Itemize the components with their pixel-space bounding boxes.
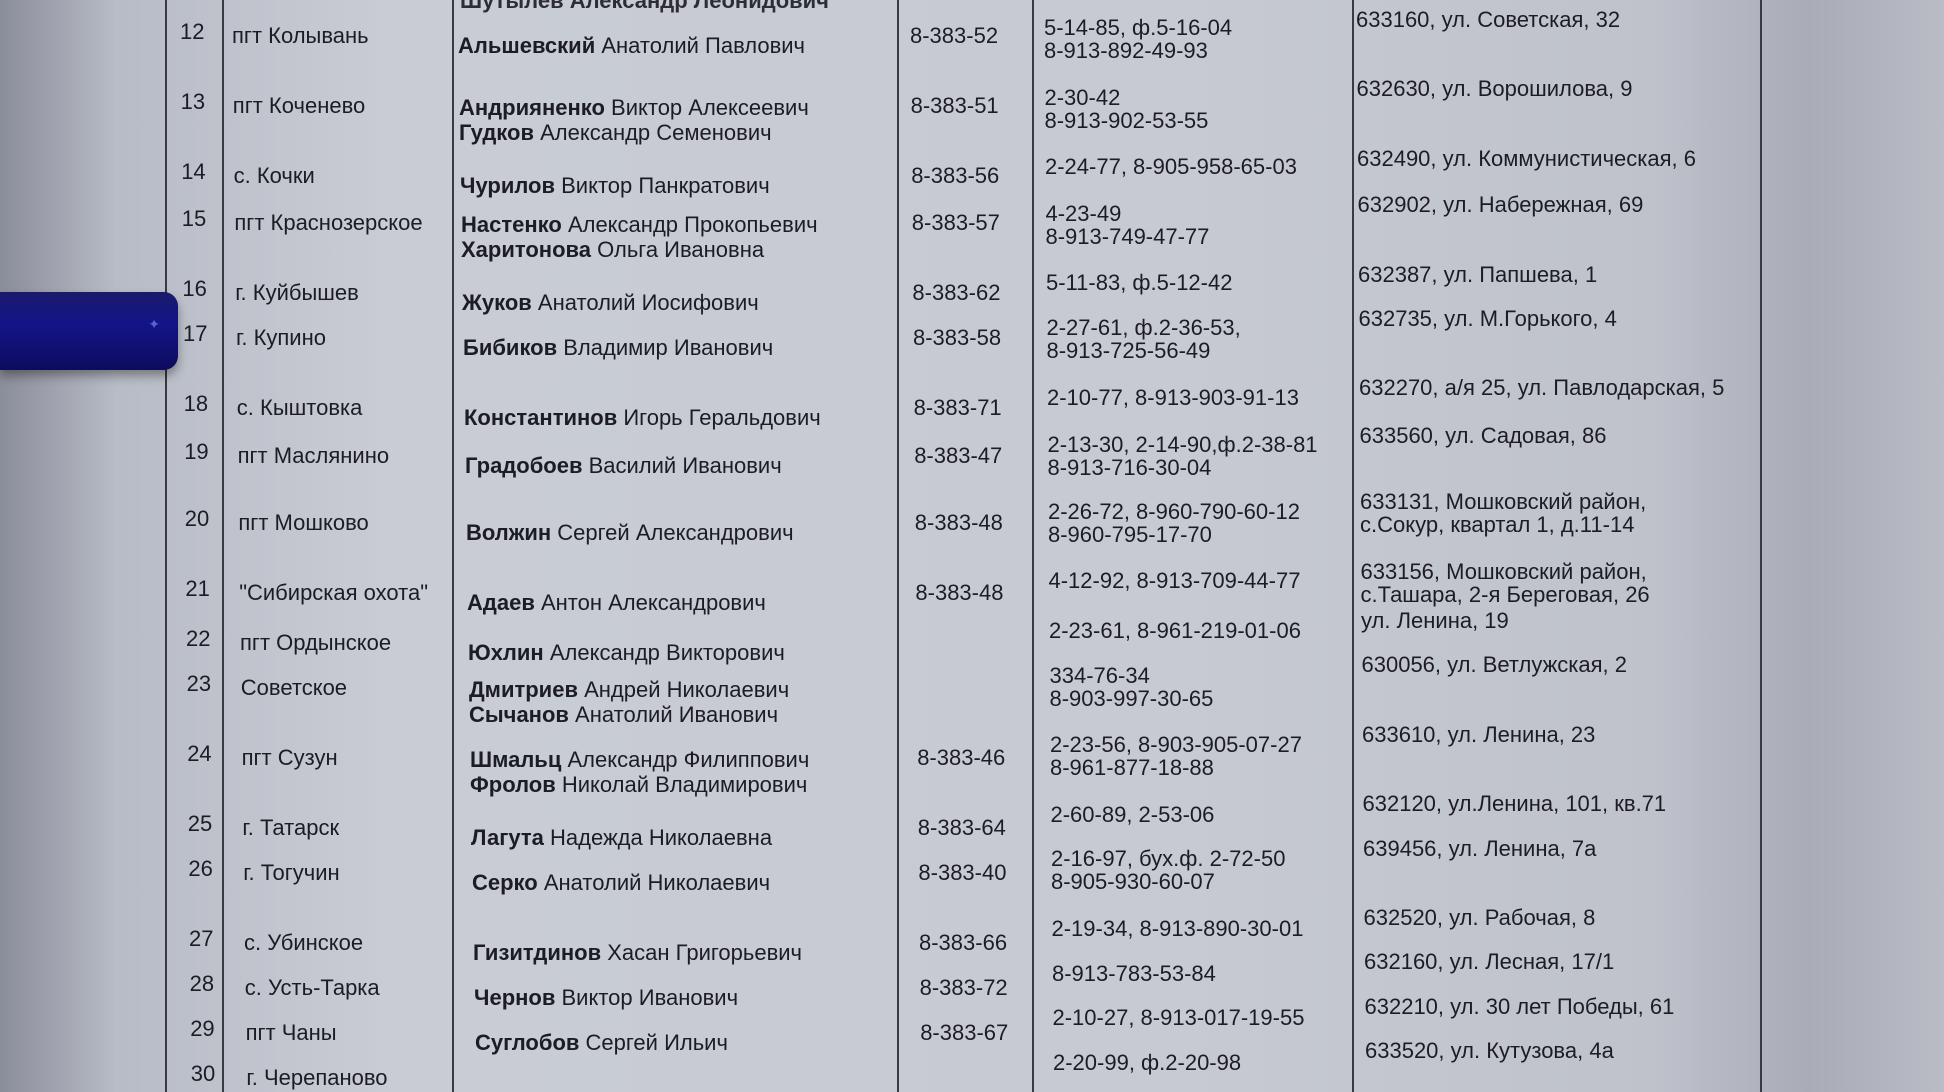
row-number: 28 [190, 972, 214, 996]
postal-address: 633160, ул. Советская, 32 [1356, 8, 1620, 32]
postal-address: 632160, ул. Лесная, 17/1 [1364, 950, 1614, 974]
printed-page: Шутылев Александр Леонидович 12пгт Колыв… [0, 0, 1944, 1092]
given-names: Виктор Иванович [555, 985, 738, 1010]
person-name: Градобоев Василий Иванович [465, 454, 782, 478]
person-name: Чернов Виктор Иванович [474, 986, 738, 1010]
town-name: пгт Ордынское [240, 631, 391, 655]
postal-address: 632520, ул. Рабочая, 8 [1364, 906, 1596, 930]
surname: Суглобов [475, 1030, 579, 1055]
person-name: Серко Анатолий Николаевич [472, 871, 770, 895]
blue-pen-object: ✦ [0, 292, 178, 370]
person-name: Бибиков Владимир Иванович [463, 336, 773, 360]
town-name: пгт Колывань [232, 24, 369, 48]
row-number: 27 [189, 927, 213, 951]
row-number: 18 [184, 392, 208, 416]
row-number: 24 [187, 742, 211, 766]
given-names: Виктор Алексеевич [605, 95, 809, 120]
person-name: Юхлин Александр Викторович [468, 641, 785, 665]
surname: Сычанов [469, 702, 569, 727]
person-name: Шмальц Александр Филиппович [470, 748, 809, 772]
phone-number: 8-913-902-53-55 [1045, 109, 1209, 133]
person-name: Харитонова Ольга Ивановна [461, 238, 764, 262]
area-code: 8-383-56 [911, 164, 999, 188]
postal-address: 633156, Мошковский район, [1361, 560, 1647, 584]
surname: Константинов [464, 405, 617, 430]
surname: Андрияненко [459, 95, 605, 120]
given-names: Анатолий Николаевич [538, 870, 770, 895]
given-names: Андрей Николаевич [578, 677, 789, 702]
person-name: Волжин Сергей Александрович [466, 521, 794, 545]
area-code: 8-383-64 [918, 816, 1006, 840]
town-name: с. Кочки [234, 164, 315, 188]
postal-address: с.Сокур, квартал 1, д.11-14 [1360, 513, 1634, 537]
given-names: Александр Прокопьевич [562, 212, 818, 237]
phone-number: 334-76-34 [1050, 664, 1150, 688]
row-number: 30 [191, 1062, 215, 1086]
row-number: 16 [182, 277, 206, 301]
person-name: Настенко Александр Прокопьевич [461, 213, 818, 237]
row-number: 22 [186, 627, 210, 651]
phone-number: 2-27-61, ф.2-36-53, [1047, 316, 1241, 340]
column-divider [897, 0, 899, 1092]
given-names: Александр Семенович [534, 120, 772, 145]
town-name: пгт Маслянино [238, 444, 390, 468]
surname: Лагута [471, 825, 544, 850]
phone-number: 8-913-716-30-04 [1048, 456, 1212, 480]
given-names: Игорь Геральдович [617, 405, 820, 430]
row-number: 29 [190, 1017, 214, 1041]
surname: Настенко [461, 212, 562, 237]
town-name: г. Тогучин [243, 861, 339, 885]
given-names: Анатолий Иосифович [532, 290, 759, 315]
phone-number: 8-913-783-53-84 [1052, 962, 1216, 986]
phone-number: 8-905-930-60-07 [1051, 870, 1215, 894]
given-names: Виктор Панкратович [555, 173, 770, 198]
area-code: 8-383-48 [915, 581, 1003, 605]
given-names: Анатолий Павлович [595, 33, 805, 58]
phone-number: 8-960-795-17-70 [1048, 523, 1212, 547]
table-border-left [165, 0, 167, 1092]
phone-number: 5-11-83, ф.5-12-42 [1046, 271, 1232, 295]
given-names: Владимир Иванович [557, 335, 773, 360]
person-name: Константинов Игорь Геральдович [464, 406, 821, 430]
phone-number: 2-24-77, 8-905-958-65-03 [1045, 155, 1297, 179]
area-code: 8-383-58 [913, 326, 1001, 350]
town-name: с. Убинское [244, 931, 363, 955]
person-name: Суглобов Сергей Ильич [475, 1031, 728, 1055]
surname: Бибиков [463, 335, 557, 360]
phone-number: 8-961-877-18-88 [1050, 756, 1214, 780]
surname: Юхлин [468, 640, 544, 665]
area-code: 8-383-67 [920, 1021, 1008, 1045]
postal-address: 632387, ул. Папшева, 1 [1358, 263, 1597, 287]
phone-number: 2-20-99, ф.2-20-98 [1053, 1051, 1241, 1075]
person-name: Адаев Антон Александрович [467, 591, 766, 615]
surname: Адаев [467, 590, 535, 615]
area-code: 8-383-66 [919, 931, 1007, 955]
row-number: 25 [188, 812, 212, 836]
area-code: 8-383-52 [910, 24, 998, 48]
surname: Фролов [470, 772, 556, 797]
area-code: 8-383-48 [915, 511, 1003, 535]
given-names: Ольга Ивановна [591, 237, 764, 262]
phone-number: 2-10-27, 8-913-017-19-55 [1053, 1006, 1305, 1030]
town-name: г. Купино [236, 326, 326, 350]
phone-number: 2-23-56, 8-903-905-07-27 [1050, 733, 1302, 757]
phone-number: 4-23-49 [1046, 202, 1122, 226]
column-divider [452, 0, 454, 1092]
person-name: Альшевский Анатолий Павлович [458, 34, 805, 58]
row-number: 20 [185, 507, 209, 531]
postal-address: 633610, ул. Ленина, 23 [1362, 723, 1595, 747]
surname: Гизитдинов [473, 940, 601, 965]
postal-address: 632902, ул. Набережная, 69 [1358, 193, 1644, 217]
row-number: 15 [182, 207, 206, 231]
column-divider [1032, 0, 1034, 1092]
phone-number: 2-60-89, 2-53-06 [1051, 803, 1215, 827]
surname: Волжин [466, 520, 551, 545]
town-name: г. Татарск [242, 816, 339, 840]
town-name: "Сибирская охота" [239, 581, 428, 605]
postal-address: 633520, ул. Кутузова, 4а [1365, 1039, 1614, 1063]
row-number: 17 [183, 322, 207, 346]
given-names: Александр Викторович [544, 640, 785, 665]
area-code: 8-383-47 [914, 444, 1002, 468]
surname: Дмитриев [469, 677, 578, 702]
area-code: 8-383-40 [918, 861, 1006, 885]
postal-address: 632630, ул. Ворошилова, 9 [1357, 77, 1633, 101]
surname: Градобоев [465, 453, 583, 478]
postal-address: 639456, ул. Ленина, 7а [1363, 837, 1596, 861]
town-name: с. Кыштовка [237, 396, 363, 420]
phone-number: 8-903-997-30-65 [1050, 687, 1214, 711]
phone-number: 8-913-725-56-49 [1047, 339, 1211, 363]
phone-number: 2-30-42 [1045, 86, 1121, 110]
given-names: Николай Владимирович [556, 772, 808, 797]
postal-address: 632490, ул. Коммунистическая, 6 [1357, 147, 1696, 171]
postal-address: 630056, ул. Ветлужская, 2 [1362, 653, 1628, 677]
phone-number: 2-16-97, бух.ф. 2-72-50 [1051, 847, 1285, 871]
given-names: Анатолий Иванович [569, 702, 778, 727]
person-name: Гизитдинов Хасан Григорьевич [473, 941, 802, 965]
surname: Чурилов [460, 173, 555, 198]
town-name: г. Черепаново [246, 1066, 387, 1090]
phone-number: 8-913-749-47-77 [1046, 225, 1210, 249]
given-names: Александр Филиппович [561, 747, 809, 772]
row-number: 23 [187, 672, 211, 696]
surname: Чернов [474, 985, 555, 1010]
row-number: 13 [181, 90, 205, 114]
town-name: пгт Коченево [233, 94, 365, 118]
postal-address: 632270, а/я 25, ул. Павлодарская, 5 [1359, 376, 1724, 400]
surname: Серко [472, 870, 538, 895]
row-number: 14 [181, 160, 205, 184]
person-name: Жуков Анатолий Иосифович [462, 291, 759, 315]
person-name: Чурилов Виктор Панкратович [460, 174, 770, 198]
surname: Гудков [459, 120, 534, 145]
person-name: Лагута Надежда Николаевна [471, 826, 772, 850]
area-code: 8-383-71 [914, 396, 1002, 420]
column-divider [222, 0, 224, 1092]
given-names: Хасан Григорьевич [601, 940, 802, 965]
table-border-right [1760, 0, 1762, 1092]
partial-top-name: Шутылев Александр Леонидович [460, 0, 829, 14]
surname: Жуков [462, 290, 532, 315]
surname: Шмальц [470, 747, 561, 772]
person-name: Андрияненко Виктор Алексеевич [459, 96, 809, 120]
phone-number: 5-14-85, ф.5-16-04 [1044, 16, 1232, 40]
column-divider [1352, 0, 1354, 1092]
postal-address: с.Ташара, 2-я Береговая, 26 [1361, 583, 1650, 607]
given-names: Сергей Ильич [579, 1030, 728, 1055]
phone-number: 8-913-892-49-93 [1044, 39, 1208, 63]
row-number: 21 [185, 577, 209, 601]
town-name: Советское [241, 676, 347, 700]
given-names: Надежда Николаевна [544, 825, 772, 850]
person-name: Фролов Николай Владимирович [470, 773, 807, 797]
phone-number: 2-26-72, 8-960-790-60-12 [1048, 500, 1300, 524]
given-names: Сергей Александрович [551, 520, 793, 545]
given-names: Василий Иванович [583, 453, 782, 478]
pen-logo-icon: ✦ [148, 316, 160, 333]
phone-number: 2-13-30, 2-14-90,ф.2-38-81 [1048, 433, 1318, 457]
postal-address: 632120, ул.Ленина, 101, кв.71 [1363, 792, 1667, 816]
area-code: 8-383-46 [917, 746, 1005, 770]
phone-number: 4-12-92, 8-913-709-44-77 [1049, 569, 1301, 593]
postal-address: 633131, Мошковский район, [1360, 490, 1646, 514]
given-names: Антон Александрович [535, 590, 766, 615]
area-code: 8-383-72 [920, 976, 1008, 1000]
town-name: пгт Мошково [238, 511, 368, 535]
surname: Альшевский [458, 33, 595, 58]
person-name: Сычанов Анатолий Иванович [469, 703, 778, 727]
row-number: 26 [188, 857, 212, 881]
town-name: г. Куйбышев [235, 281, 359, 305]
area-code: 8-383-57 [912, 211, 1000, 235]
person-name: Дмитриев Андрей Николаевич [469, 678, 789, 702]
area-code: 8-383-51 [911, 94, 999, 118]
town-name: пгт Сузун [242, 746, 338, 770]
area-code: 8-383-62 [912, 281, 1000, 305]
row-number: 12 [180, 20, 204, 44]
surname: Харитонова [461, 237, 591, 262]
town-name: пгт Краснозерское [234, 211, 422, 235]
postal-address: ул. Ленина, 19 [1361, 609, 1509, 633]
town-name: с. Усть-Тарка [245, 976, 380, 1000]
postal-address: 632210, ул. 30 лет Победы, 61 [1365, 995, 1675, 1019]
phone-number: 2-10-77, 8-913-903-91-13 [1047, 386, 1299, 410]
postal-address: 633560, ул. Садовая, 86 [1360, 424, 1607, 448]
person-name: Гудков Александр Семенович [459, 121, 772, 145]
phone-number: 2-19-34, 8-913-890-30-01 [1052, 917, 1304, 941]
row-number: 19 [184, 440, 208, 464]
town-name: пгт Чаны [246, 1021, 337, 1045]
phone-number: 2-23-61, 8-961-219-01-06 [1049, 619, 1301, 643]
postal-address: 632735, ул. М.Горького, 4 [1359, 307, 1617, 331]
